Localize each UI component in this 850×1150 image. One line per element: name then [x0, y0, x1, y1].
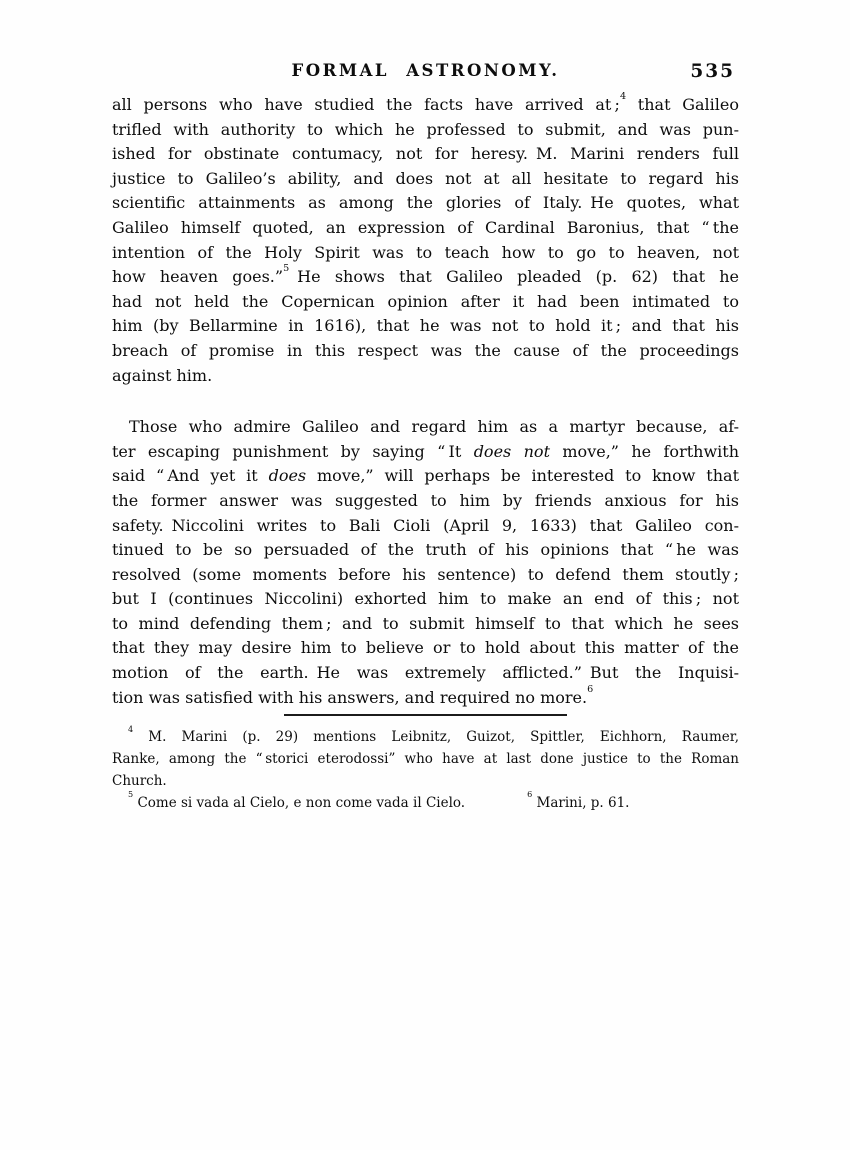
text-line: trifled with authority to which he profe… — [112, 118, 739, 143]
text-segment: tion was satisfied with his answers, and… — [112, 688, 587, 707]
text-segment: all persons who have studied the facts h… — [112, 95, 620, 114]
text-segment: the former answer was suggested to him b… — [112, 491, 739, 510]
text-line: justice to Galileo’s ability, and does n… — [112, 167, 739, 192]
text-segment: Marini, p. 61. — [532, 795, 629, 811]
text-line: that they may desire him to believe or t… — [112, 636, 739, 661]
text-line: Church. — [112, 771, 739, 793]
text-line: breach of promise in this respect was th… — [112, 339, 739, 364]
text-line: but I (continues Niccolini) exhorted him… — [112, 587, 739, 612]
text-segment: M. Marini (p. 29) mentions Leibnitz, Gui… — [133, 729, 739, 745]
text-line: motion of the earth. He was extremely af… — [112, 661, 739, 686]
text-line: how heaven goes.”5 He shows that Galileo… — [112, 265, 739, 290]
text-line: Ranke, among the “ storici eterodossi” w… — [112, 749, 739, 771]
text-line: him (by Bellarmine in 1616), that he was… — [112, 314, 739, 339]
footnote-marker: 4 — [620, 91, 626, 102]
footnote-rule — [284, 714, 567, 716]
text-segment: Ranke, among the “ storici eterodossi” w… — [112, 751, 739, 767]
text-segment: breach of promise in this respect was th… — [112, 341, 739, 360]
text-line: had not held the Copernican opinion afte… — [112, 290, 739, 315]
text-line: said “ And yet it does move,” will perha… — [112, 464, 739, 489]
page-header: FORMAL ASTRONOMY. 535 — [112, 61, 739, 85]
text-line: Galileo himself quoted, an expression of… — [112, 216, 739, 241]
book-page: FORMAL ASTRONOMY. 535 all persons who ha… — [0, 0, 850, 1150]
text-line: 5 Come si vada al Cielo, e non come vada… — [112, 793, 739, 815]
text-segment: Come si vada al Cielo, e non come vada i… — [133, 795, 465, 811]
footnote-marker: 5 — [283, 263, 289, 274]
footnote-marker: 4 — [128, 724, 133, 734]
text-segment: move,” he forthwith — [550, 442, 739, 461]
text-line: tinued to be so persuaded of the truth o… — [112, 538, 739, 563]
text-line: resolved (some moments before his senten… — [112, 563, 739, 588]
italic-text: does not — [474, 442, 550, 461]
text-line: all persons who have studied the facts h… — [112, 93, 739, 118]
text-line: Those who admire Galileo and regard him … — [112, 415, 739, 440]
text-line: against him. — [112, 364, 739, 389]
text-segment: resolved (some moments before his senten… — [112, 565, 739, 584]
text-segment: scientific attainments as among the glor… — [112, 193, 739, 212]
text-segment: trifled with authority to which he profe… — [112, 120, 739, 139]
text-line: tion was satisfied with his answers, and… — [112, 686, 739, 711]
footnote-marker: 6 — [527, 789, 532, 799]
text-segment: ished for obstinate contumacy, not for h… — [112, 144, 739, 163]
text-segment: safety. Niccolini writes to Bali Cioli (… — [112, 516, 739, 535]
footnote-marker: 6 — [587, 684, 593, 695]
text-line: intention of the Holy Spirit was to teac… — [112, 241, 739, 266]
text-segment: him (by Bellarmine in 1616), that he was… — [112, 316, 739, 335]
text-line: to mind defending them ; and to submit h… — [112, 612, 739, 637]
text-segment: Church. — [112, 773, 167, 789]
text-line: 4 M. Marini (p. 29) mentions Leibnitz, G… — [112, 727, 739, 749]
text-line: ished for obstinate contumacy, not for h… — [112, 142, 739, 167]
paragraph-2: Those who admire Galileo and regard him … — [112, 415, 739, 710]
paragraph-1: all persons who have studied the facts h… — [112, 93, 739, 388]
text-segment: that Galileo — [626, 95, 739, 114]
text-segment: against him. — [112, 366, 212, 385]
text-line: safety. Niccolini writes to Bali Cioli (… — [112, 514, 739, 539]
text-segment: motion of the earth. He was extremely af… — [112, 663, 739, 682]
text-segment: He shows that Galileo pleaded (p. 62) th… — [289, 267, 739, 286]
text-segment: tinued to be so persuaded of the truth o… — [112, 540, 739, 559]
text-segment: had not held the Copernican opinion afte… — [112, 292, 739, 311]
text-segment: that they may desire him to believe or t… — [112, 638, 739, 657]
text-segment: Galileo himself quoted, an expression of… — [112, 218, 739, 237]
page-body: all persons who have studied the facts h… — [112, 93, 739, 815]
text-segment: said “ And yet it — [112, 466, 269, 485]
footnotes-block: 4 M. Marini (p. 29) mentions Leibnitz, G… — [112, 727, 739, 815]
text-segment: but I (continues Niccolini) exhorted him… — [112, 589, 739, 608]
running-head-title: FORMAL ASTRONOMY. — [112, 61, 739, 80]
text-segment: how heaven goes.” — [112, 267, 283, 286]
italic-text: does — [269, 466, 307, 485]
text-line: scientific attainments as among the glor… — [112, 191, 739, 216]
text-segment: justice to Galileo’s ability, and does n… — [112, 169, 739, 188]
footnote-marker: 5 — [128, 789, 133, 799]
text-segment: Those who admire Galileo and regard him … — [129, 417, 739, 436]
text-line: ter escaping punishment by saying “ It d… — [112, 440, 739, 465]
text-segment: move,” will perhaps be interested to kno… — [306, 466, 739, 485]
text-line: the former answer was suggested to him b… — [112, 489, 739, 514]
page-number: 535 — [690, 61, 735, 82]
text-segment: to mind defending them ; and to submit h… — [112, 614, 739, 633]
text-segment: intention of the Holy Spirit was to teac… — [112, 243, 739, 262]
text-segment: ter escaping punishment by saying “ It — [112, 442, 474, 461]
